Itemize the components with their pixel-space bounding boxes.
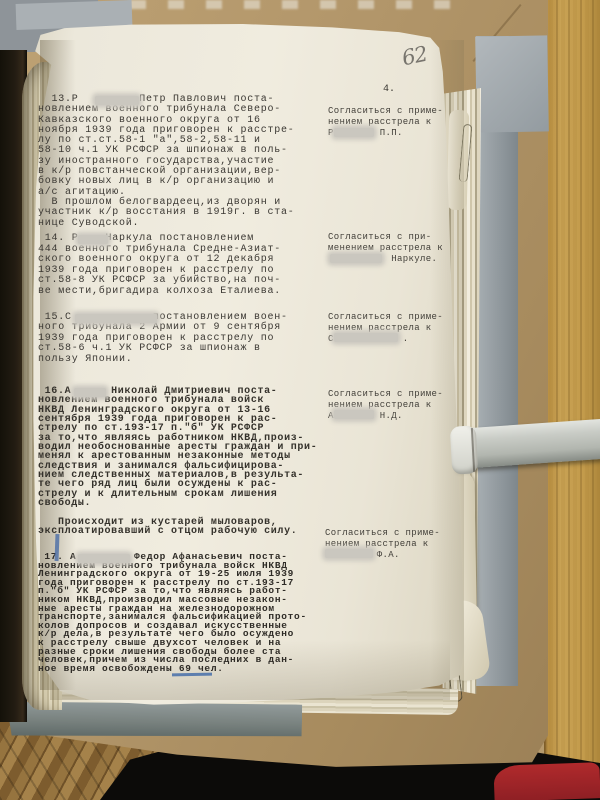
wood-panel: [544, 0, 600, 772]
folio-number-handwritten: 62: [400, 42, 429, 71]
redaction-box: [334, 333, 398, 342]
grey-folder-top: [475, 35, 549, 132]
red-object: [493, 762, 600, 800]
redaction-box: [75, 314, 157, 323]
redaction-box: [78, 554, 130, 563]
redaction-box: [78, 235, 108, 244]
redaction-box: [330, 254, 382, 263]
typed-entry-17: 17. А Федор Афанасьевич поста- новлением…: [38, 553, 307, 673]
typed-entry-16: 16.А Николай Дмитриевич поста- новлением…: [38, 387, 317, 537]
grey-folder: [476, 36, 518, 686]
tape-strip: [16, 0, 133, 30]
page-number: 4.: [383, 84, 395, 95]
photo-of-archival-document: 62 4. 13.Р Петр Павлович поста- новление…: [0, 0, 600, 800]
redaction-box: [334, 410, 374, 419]
redaction-box: [334, 128, 374, 137]
typed-entry-13: 13.Р Петр Павлович поста- новлением воен…: [38, 95, 295, 229]
typed-entry-14: 14. Р Наркула постановлением 444 военног…: [38, 234, 281, 298]
redaction-box: [74, 388, 106, 397]
redaction-box: [95, 96, 139, 105]
redaction-box: [325, 549, 373, 558]
faint-marks: [130, 0, 470, 9]
